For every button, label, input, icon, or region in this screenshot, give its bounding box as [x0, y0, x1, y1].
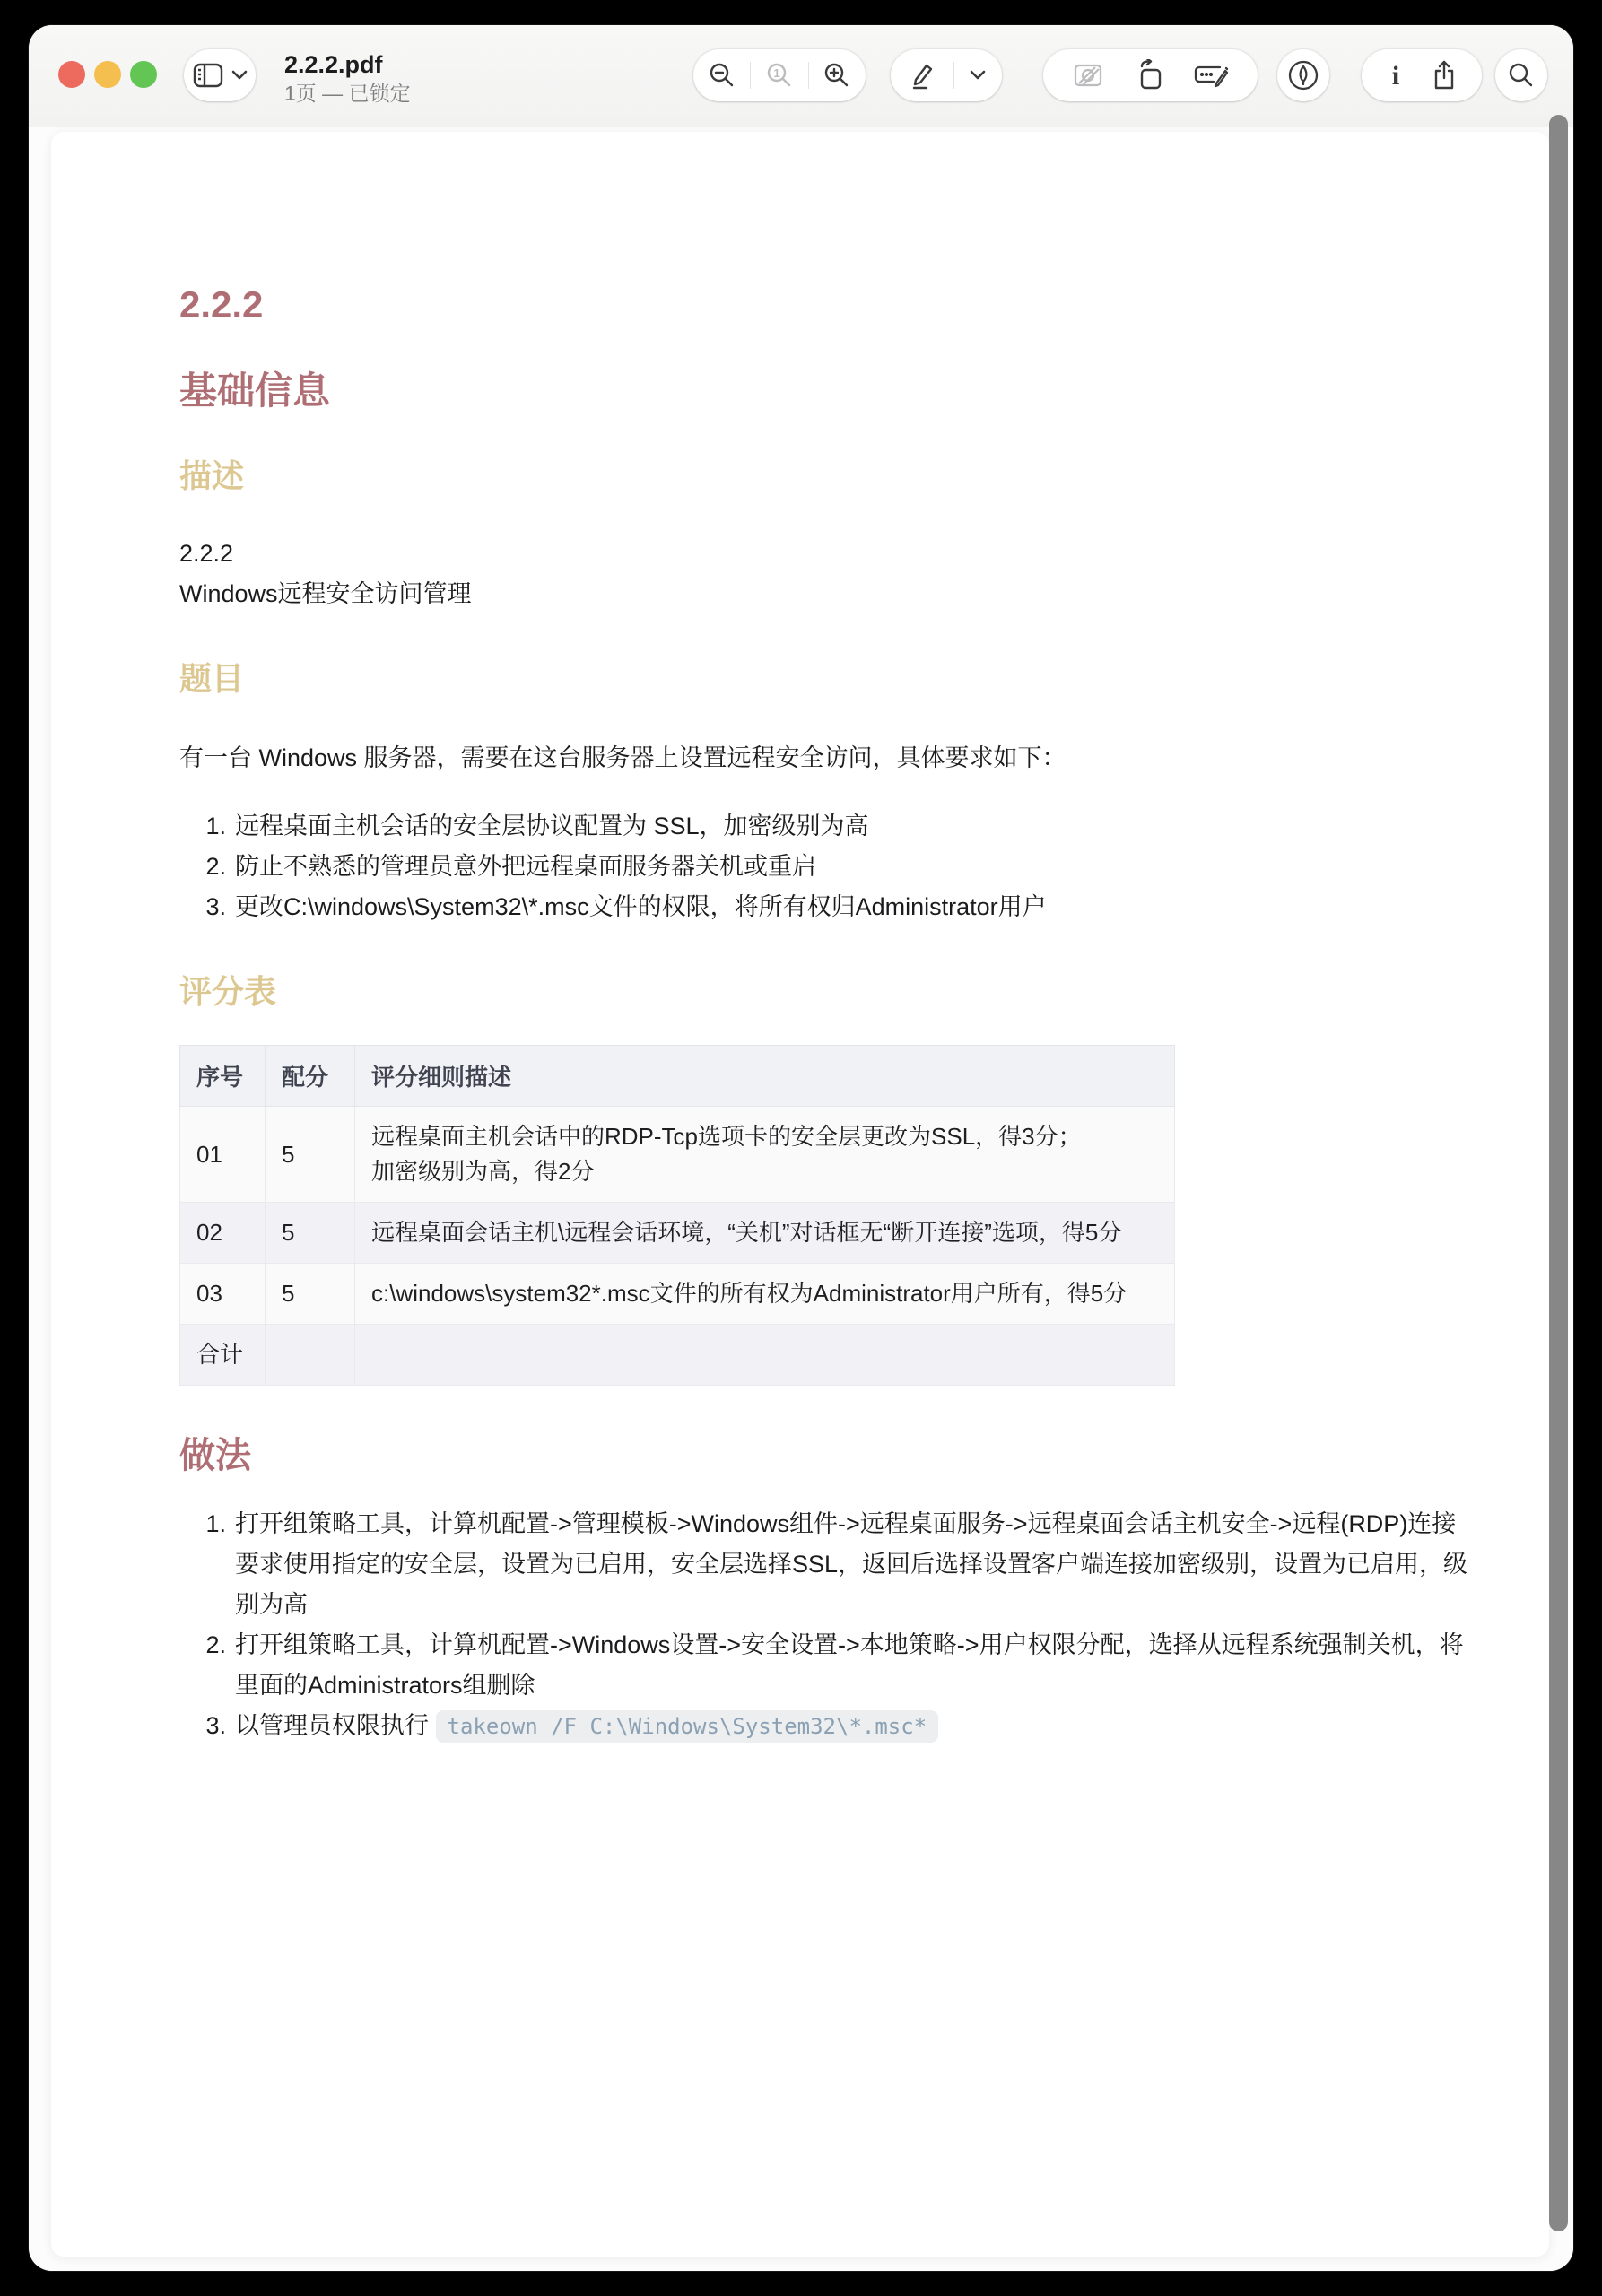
question-list-item: 2. 防止不熟悉的管理员意外把远程桌面服务器关机或重启: [179, 847, 1473, 887]
description-line: Windows远程安全访问管理: [179, 574, 1473, 614]
cell-index: 01: [180, 1107, 266, 1203]
cell-description: [355, 1325, 1175, 1386]
method-text: 以管理员权限执行: [235, 1712, 436, 1739]
close-button[interactable]: [58, 61, 85, 88]
method-list-item: 2. 打开组策略工具，计算机配置->Windows设置->安全设置->本地策略-…: [179, 1625, 1473, 1706]
markup-controls: [891, 49, 1002, 101]
section-description-heading: 描述: [179, 458, 1473, 494]
rotate-icon[interactable]: [1133, 59, 1165, 91]
vertical-scrollbar[interactable]: [1549, 115, 1568, 2231]
heading-title: 基础信息: [179, 370, 1473, 412]
list-text: 打开组策略工具，计算机配置->管理模板->Windows组件->远程桌面服务->…: [235, 1504, 1473, 1625]
zoom-in-button[interactable]: [823, 61, 851, 90]
list-marker: 2.: [179, 1625, 226, 1706]
search-icon: [1507, 61, 1536, 90]
inline-code: takeown /F C:\Windows\System32\*.msc*: [436, 1710, 939, 1743]
cell-index: 02: [180, 1203, 266, 1264]
list-marker: 1.: [179, 806, 226, 847]
method-list-item: 1. 打开组策略工具，计算机配置->管理模板->Windows组件->远程桌面服…: [179, 1504, 1473, 1625]
section-question-heading: 题目: [179, 661, 1473, 697]
zoom-window-button[interactable]: [130, 61, 157, 88]
zoom-controls: 1: [693, 49, 866, 101]
list-marker: 3.: [179, 1706, 226, 1747]
window-title-block: 2.2.2.pdf 1页 — 已锁定: [284, 50, 411, 106]
markup-chevron-button[interactable]: [970, 70, 986, 81]
annotate-button[interactable]: [1277, 49, 1329, 101]
list-text: 防止不熟悉的管理员意外把远程桌面服务器关机或重启: [235, 847, 1473, 887]
svg-text:i: i: [1392, 61, 1399, 90]
cell-description: 远程桌面主机会话中的RDP-Tcp选项卡的安全层更改为SSL，得3分； 加密级别…: [355, 1107, 1175, 1203]
info-share-group: i: [1362, 49, 1482, 101]
method-text: 打开组策略工具，计算机配置->Windows设置->安全设置->本地策略->用户…: [235, 1631, 1464, 1699]
method-text: 打开组策略工具，计算机配置->管理模板->Windows组件->远程桌面服务->…: [235, 1510, 1467, 1618]
section-scoring-heading: 评分表: [179, 974, 1473, 1010]
sidebar-icon: [192, 61, 224, 90]
cell-score: 5: [266, 1264, 355, 1325]
sidebar-toggle-button[interactable]: [184, 49, 256, 101]
document-viewport[interactable]: 2.2.2 基础信息 描述 2.2.2Windows远程安全访问管理 题目 有一…: [29, 127, 1573, 2271]
heading-number: 2.2.2: [179, 284, 1473, 326]
cell-index: 03: [180, 1264, 266, 1325]
question-intro: 有一台 Windows 服务器，需要在这台服务器上设置远程安全访问，具体要求如下…: [179, 738, 1473, 778]
list-text: 远程桌面主机会话的安全层协议配置为 SSL，加密级别为高: [235, 806, 1473, 847]
list-marker: 2.: [179, 847, 226, 887]
cell-score: [266, 1325, 355, 1386]
table-body: 01 5 远程桌面主机会话中的RDP-Tcp选项卡的安全层更改为SSL，得3分；…: [180, 1107, 1175, 1386]
actual-size-button[interactable]: 1: [765, 61, 794, 90]
window-subtitle: 1页 — 已锁定: [284, 81, 411, 106]
form-fill-icon[interactable]: [1193, 60, 1229, 91]
table-row: 合计: [180, 1325, 1175, 1386]
window-title: 2.2.2.pdf: [284, 50, 411, 79]
method-list-item: 3. 以管理员权限执行 takeown /F C:\Windows\System…: [179, 1706, 1473, 1747]
table-header-cell: 配分: [266, 1046, 355, 1107]
cell-description: 远程桌面会话主机\远程会话环境，“关机”对话框无“断开连接”选项，得5分: [355, 1203, 1175, 1264]
zoom-out-button[interactable]: [708, 61, 736, 90]
list-text: 以管理员权限执行 takeown /F C:\Windows\System32\…: [235, 1706, 1473, 1747]
info-icon[interactable]: i: [1385, 61, 1406, 90]
share-icon[interactable]: [1430, 59, 1458, 91]
list-text: 更改C:\windows\System32\*.msc文件的权限，将所有权归Ad…: [235, 887, 1473, 927]
cell-description: c:\windows\system32*.msc文件的所有权为Administr…: [355, 1264, 1175, 1325]
description-lines: 2.2.2Windows远程安全访问管理: [179, 534, 1473, 614]
toolbar: 2.2.2.pdf 1页 — 已锁定 1: [29, 25, 1573, 127]
table-row: 01 5 远程桌面主机会话中的RDP-Tcp选项卡的安全层更改为SSL，得3分；…: [180, 1107, 1175, 1203]
markup-pencil-button[interactable]: [907, 60, 937, 91]
description-line: 2.2.2: [179, 534, 1473, 574]
cell-score: 5: [266, 1203, 355, 1264]
scoring-table: 序号配分评分细则描述 01 5 远程桌面主机会话中的RDP-Tcp选项卡的安全层…: [179, 1045, 1175, 1386]
chevron-down-icon: [231, 70, 248, 81]
pdf-page: 2.2.2 基础信息 描述 2.2.2Windows远程安全访问管理 题目 有一…: [51, 132, 1549, 2257]
list-marker: 3.: [179, 887, 226, 927]
table-row: 02 5 远程桌面会话主机\远程会话环境，“关机”对话框无“断开连接”选项，得5…: [180, 1203, 1175, 1264]
list-text: 打开组策略工具，计算机配置->Windows设置->安全设置->本地策略->用户…: [235, 1625, 1473, 1706]
question-list-item: 1. 远程桌面主机会话的安全层协议配置为 SSL，加密级别为高: [179, 806, 1473, 847]
cell-index: 合计: [180, 1325, 266, 1386]
list-marker: 1.: [179, 1504, 226, 1625]
pen-circle-icon: [1286, 58, 1320, 92]
actual-size-label: 1: [773, 66, 779, 80]
question-list-item: 3. 更改C:\windows\System32\*.msc文件的权限，将所有权…: [179, 887, 1473, 927]
preview-window: 2.2.2.pdf 1页 — 已锁定 1: [29, 25, 1573, 2271]
section-method-heading: 做法: [179, 1436, 1473, 1475]
question-list: 1. 远程桌面主机会话的安全层协议配置为 SSL，加密级别为高 2. 防止不熟悉…: [179, 806, 1473, 927]
edit-tools: [1043, 49, 1258, 101]
table-header-cell: 序号: [180, 1046, 266, 1107]
table-row: 03 5 c:\windows\system32*.msc文件的所有权为Admi…: [180, 1264, 1175, 1325]
method-list: 1. 打开组策略工具，计算机配置->管理模板->Windows组件->远程桌面服…: [179, 1504, 1473, 1747]
minimize-button[interactable]: [94, 61, 121, 88]
table-header-cell: 评分细则描述: [355, 1046, 1175, 1107]
search-button[interactable]: [1495, 49, 1547, 101]
cell-score: 5: [266, 1107, 355, 1203]
table-header-row: 序号配分评分细则描述: [180, 1046, 1175, 1107]
redact-icon[interactable]: [1072, 61, 1104, 90]
